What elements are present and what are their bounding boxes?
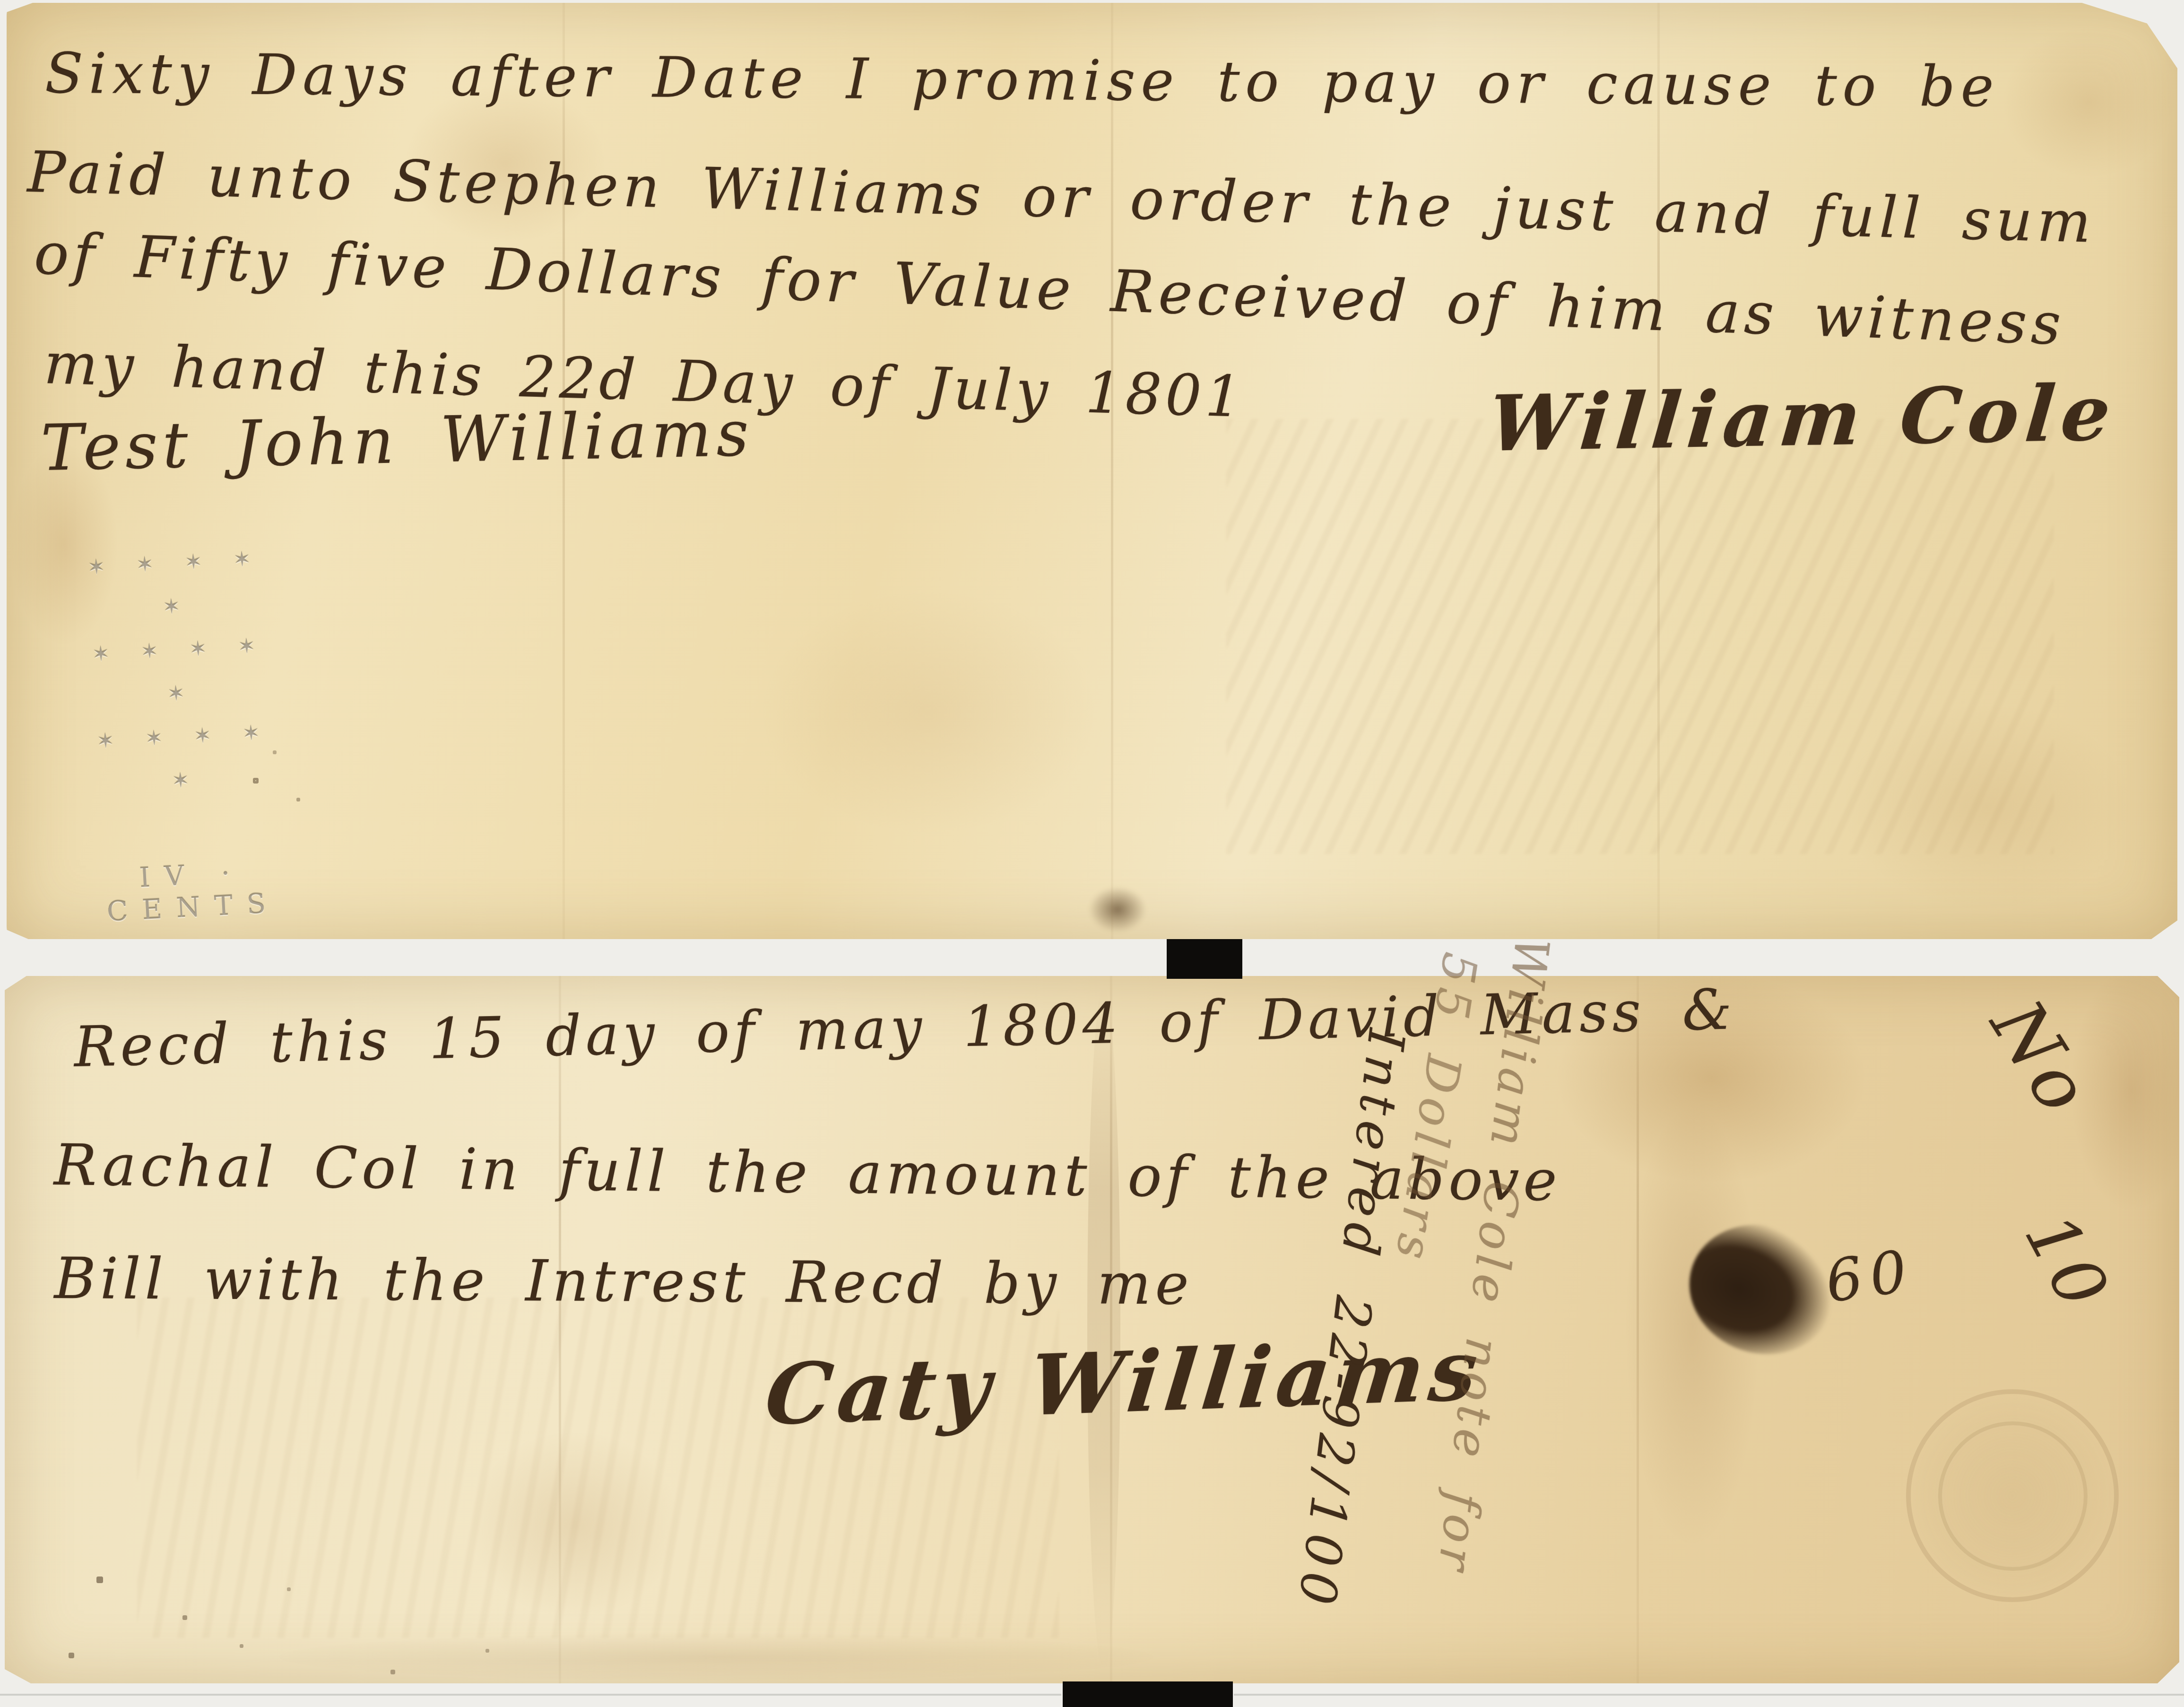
stain <box>1087 985 1120 1671</box>
document-scan: ✶ ✶ ✶ ✶ ✶ ✶ ✶ ✶ ✶ ✶ ✶ ✶ ✶ ✶ ✶ IV · CENTS… <box>0 0 2184 1707</box>
scanner-tab-bottom <box>1063 1681 1233 1707</box>
stain <box>1841 703 2134 911</box>
stain <box>2002 26 2176 178</box>
seal-inner-ring <box>1938 1421 2088 1571</box>
receipt-paper <box>5 976 2179 1683</box>
fold-crease <box>1637 976 1639 1683</box>
fold-crease <box>1657 3 1660 939</box>
embossed-circular-seal <box>1906 1389 2119 1602</box>
stamp-denomination: IV · CENTS <box>89 853 296 928</box>
stain <box>468 1430 681 1619</box>
scanner-seam-line <box>0 1694 1061 1696</box>
stamp-stars-row: ✶ ✶ ✶ ✶ ✶ <box>73 536 280 634</box>
margin-mark-60: 60 <box>1821 1237 1918 1316</box>
scanner-seam-line <box>1234 1694 2184 1696</box>
stain <box>279 1633 1153 1681</box>
fold-crease <box>559 976 561 1683</box>
fold-crease <box>1110 976 1112 1683</box>
note-attest-line: Test John Williams <box>40 396 754 485</box>
receipt-line-3: Bill with the Intrest Recd by me <box>54 1246 1193 1318</box>
stain <box>1089 887 1146 932</box>
note-line-1: Sixty Days after Date I promise to pay o… <box>45 41 2000 120</box>
fold-crease <box>1111 3 1113 939</box>
embossed-revenue-stamp: ✶ ✶ ✶ ✶ ✶ ✶ ✶ ✶ ✶ ✶ ✶ ✶ ✶ ✶ ✶ IV · CENTS <box>73 536 286 755</box>
ink-specks <box>255 780 256 781</box>
bleed-through-streaks <box>1226 419 2054 854</box>
ink-specks <box>43 1560 43 1561</box>
note-signature-william-cole: William Cole <box>1485 368 2121 469</box>
stamp-stars-row: ✶ ✶ ✶ ✶ ✶ <box>82 710 289 808</box>
stamp-stars-row: ✶ ✶ ✶ ✶ ✶ <box>77 623 285 721</box>
stain <box>758 589 1099 835</box>
scanner-tab-middle <box>1167 939 1242 979</box>
